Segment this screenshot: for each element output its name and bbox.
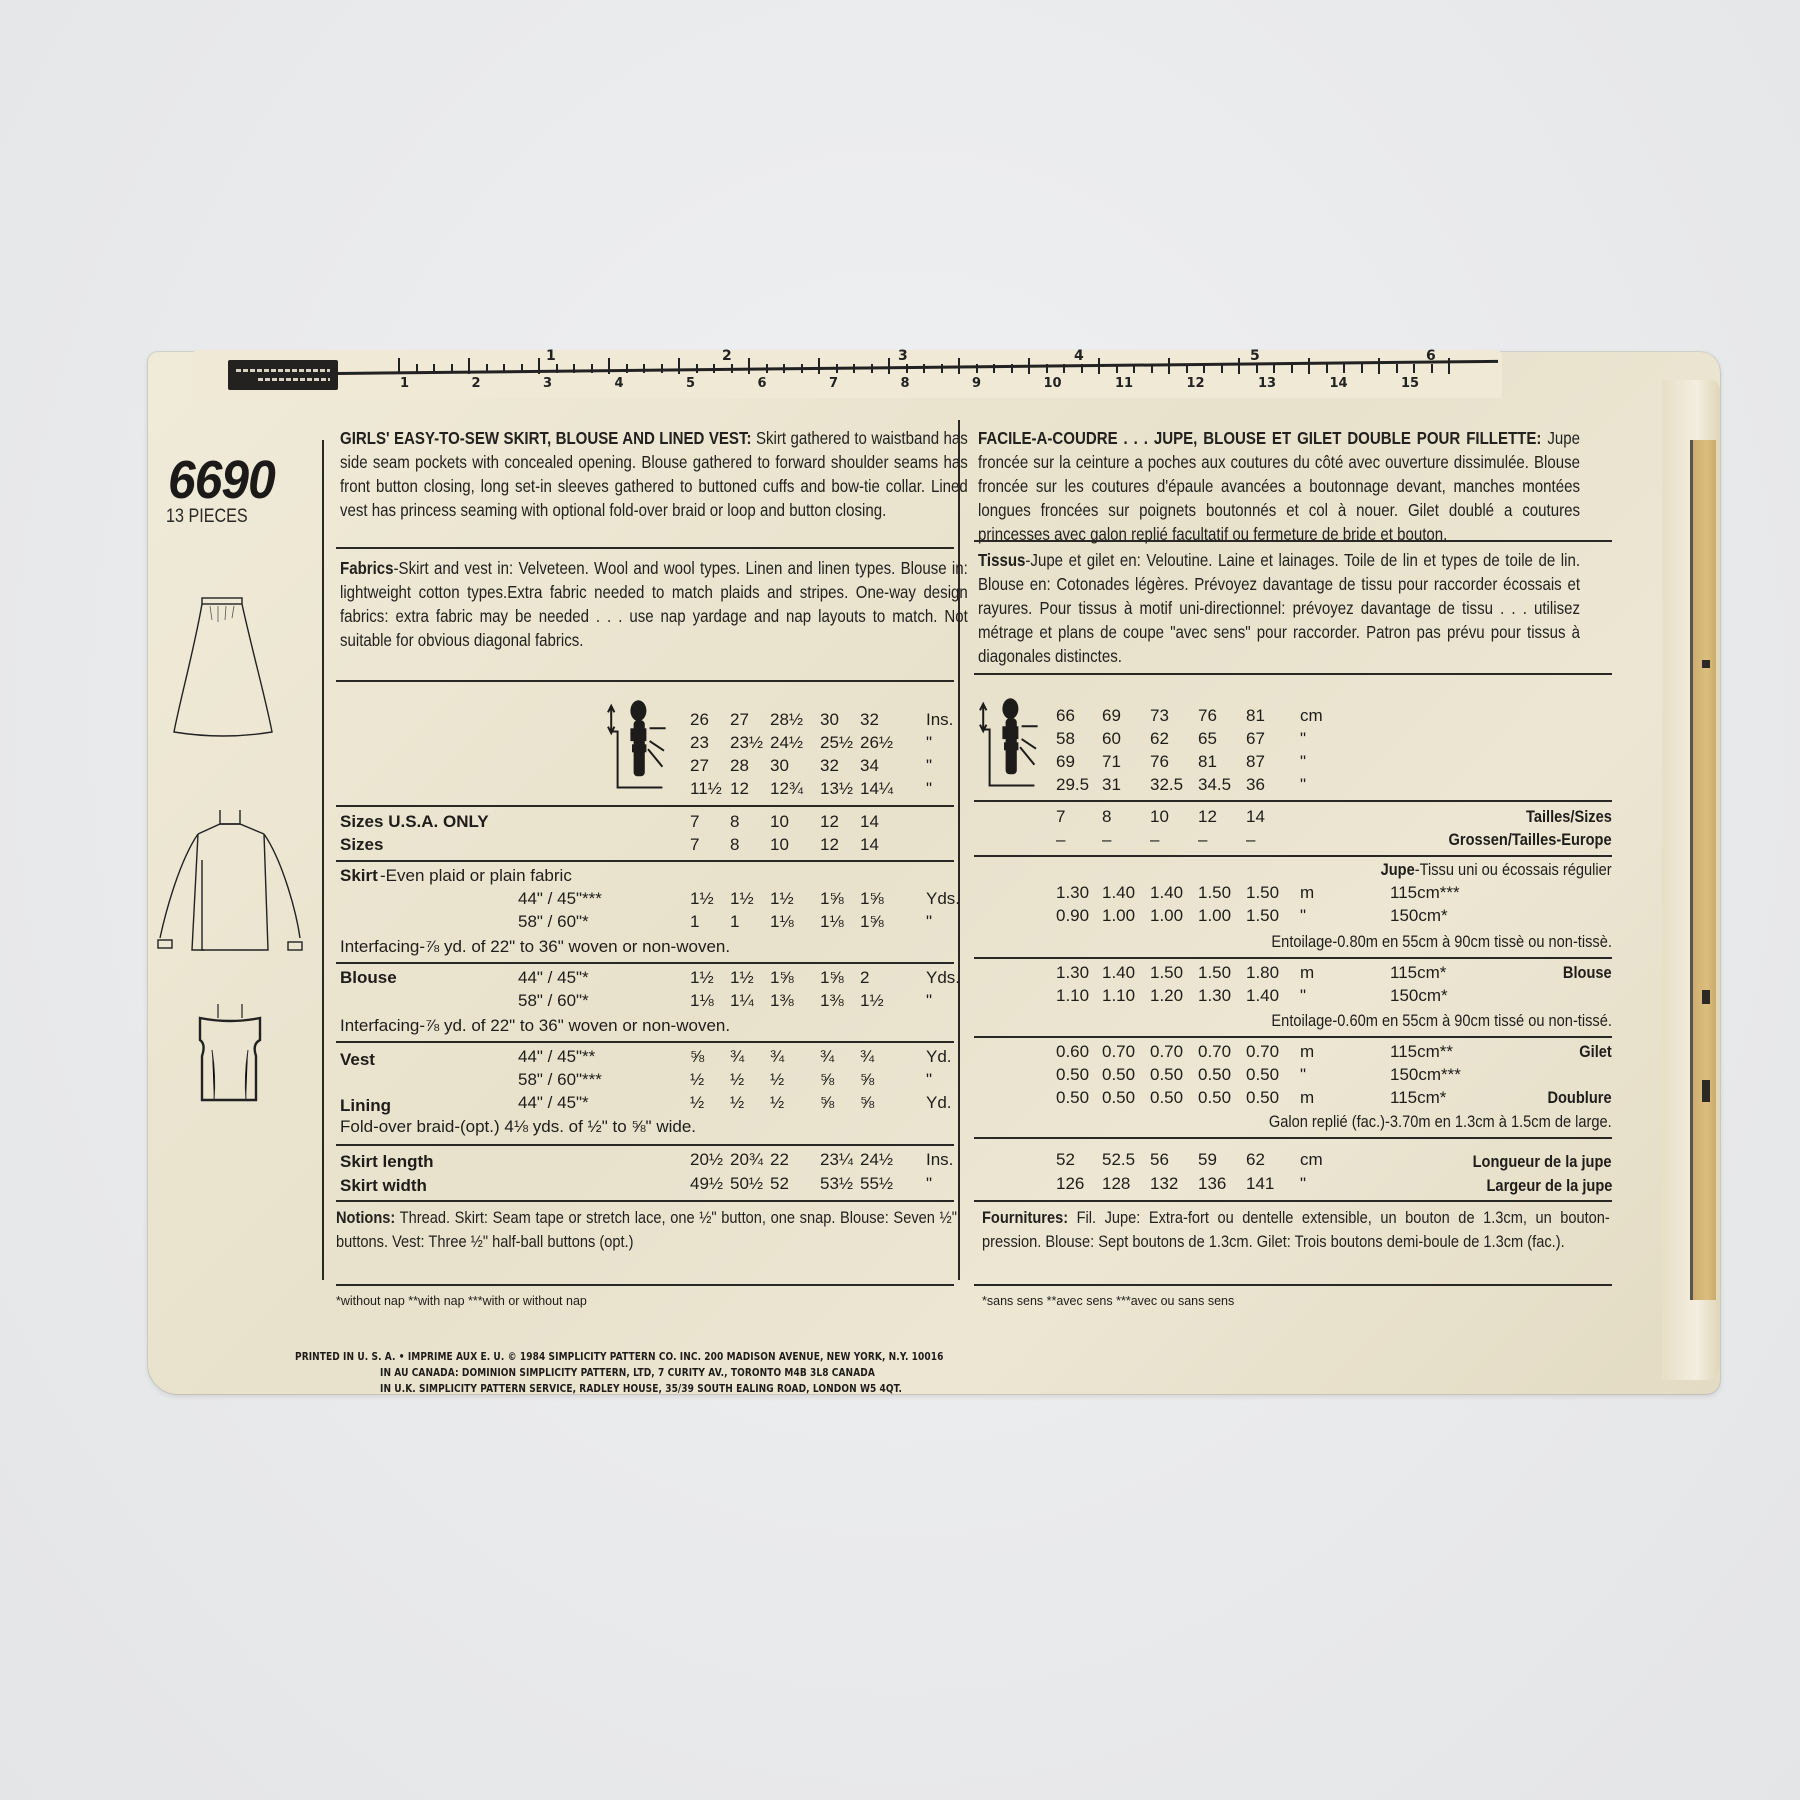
ruler-tick xyxy=(1378,358,1380,374)
ruler-tick xyxy=(1046,364,1048,373)
size-value: 1⅝ xyxy=(820,889,844,908)
fabric-width: 150cm* xyxy=(1390,906,1448,925)
ruler-tick xyxy=(1413,364,1415,373)
ruler-tick xyxy=(538,358,540,374)
longueur-label: Longueur de la jupe xyxy=(1473,1152,1612,1172)
ruler-tick xyxy=(748,358,750,374)
size-value: 12 xyxy=(1198,807,1217,826)
vest-label: Vest xyxy=(340,1050,375,1069)
size-value: 27 xyxy=(690,756,709,775)
unit-label: m xyxy=(1300,1088,1314,1107)
size-value: 2 xyxy=(860,968,869,987)
ruler-tick xyxy=(1256,364,1258,373)
ruler-cm-label: 12 xyxy=(1187,376,1205,391)
blouse-illustration-icon xyxy=(156,800,306,990)
vest-illustration-icon xyxy=(190,1000,270,1110)
size-value: 34 xyxy=(860,756,879,775)
divider xyxy=(336,1200,954,1202)
piece-count: 13 PIECES xyxy=(166,506,248,528)
size-value: 14 xyxy=(1246,807,1265,826)
size-value: ⅝ xyxy=(860,1070,874,1089)
size-value: 10 xyxy=(770,812,789,831)
unit-label: " xyxy=(1300,906,1306,925)
ruler-tick xyxy=(958,358,960,374)
french-description: FACILE-A-COUDRE . . . JUPE, BLOUSE ET GI… xyxy=(978,426,1678,546)
size-value: 49½ xyxy=(690,1174,723,1193)
size-value: 67 xyxy=(1246,729,1265,748)
left-column-rule xyxy=(322,440,324,1280)
ruler-tick xyxy=(608,358,610,374)
size-value: 132 xyxy=(1150,1174,1178,1193)
size-value: ½ xyxy=(770,1070,784,1089)
size-value: 0.70 xyxy=(1102,1042,1135,1061)
size-value: 59 xyxy=(1198,1150,1217,1169)
size-value: 26½ xyxy=(860,733,893,752)
size-value: 1.30 xyxy=(1198,986,1231,1005)
size-value: 1 xyxy=(690,912,699,931)
fabric-width: 150cm* xyxy=(1390,986,1448,1005)
unit-label: " xyxy=(926,756,932,775)
unit-label: " xyxy=(926,1174,932,1193)
size-value: 1⅛ xyxy=(690,991,714,1010)
ruler-tick xyxy=(923,364,925,373)
unit-label: m xyxy=(1300,883,1314,902)
size-value: 1.00 xyxy=(1102,906,1135,925)
size-value: 76 xyxy=(1150,752,1169,771)
ruler-tick xyxy=(678,358,680,374)
ruler-cm-label: 2 xyxy=(472,376,481,391)
size-value: 1.50 xyxy=(1246,883,1279,902)
unit-label: Yds. xyxy=(926,968,960,987)
ruler-tick xyxy=(626,364,628,373)
fabric-width: 115cm* xyxy=(1390,1088,1446,1107)
size-value: 0.50 xyxy=(1246,1065,1279,1084)
divider xyxy=(974,540,1612,542)
size-value: 1.50 xyxy=(1198,883,1231,902)
ruler-tick xyxy=(591,364,593,373)
size-value: 1.40 xyxy=(1150,883,1183,902)
size-value: 25½ xyxy=(820,733,853,752)
fabric-width: 44" / 45"* xyxy=(518,1093,589,1112)
divider xyxy=(974,1137,1612,1139)
unit-label: " xyxy=(926,733,932,752)
size-value: – xyxy=(1056,830,1065,849)
unit-label: Yd. xyxy=(926,1093,952,1112)
ruler-inch-label: 4 xyxy=(1074,348,1084,364)
jupe-heading: Jupe-Tissu uni ou écossais régulier xyxy=(1343,860,1612,880)
unit-label: " xyxy=(1300,752,1306,771)
ruler-cm-label: 9 xyxy=(972,376,981,391)
size-value: 69 xyxy=(1102,706,1121,725)
ruler-tick xyxy=(1273,364,1275,373)
footnote: *without nap **with nap ***with or witho… xyxy=(336,1294,587,1308)
size-value: 66 xyxy=(1056,706,1075,725)
size-value: ¾ xyxy=(770,1047,784,1066)
size-value: 69 xyxy=(1056,752,1075,771)
footnote: *sans sens **avec sens ***avec ou sans s… xyxy=(982,1294,1234,1308)
ruler-tick xyxy=(433,364,435,373)
size-value: 12 xyxy=(730,779,749,798)
size-value: 0.50 xyxy=(1150,1065,1183,1084)
size-value: 1.40 xyxy=(1246,986,1279,1005)
size-value: 1.50 xyxy=(1150,963,1183,982)
galon-note: Galon replié (fac.)-3.70m en 1.3cm à 1.5… xyxy=(1269,1112,1612,1132)
gilet-label: Gilet xyxy=(1579,1042,1612,1062)
skirt-interfacing: Interfacing-⅞ yd. of 22" to 36" woven or… xyxy=(340,937,730,956)
size-value: 1.20 xyxy=(1150,986,1183,1005)
divider xyxy=(336,860,954,862)
size-value: 1½ xyxy=(690,889,714,908)
fabric-width: 44" / 45"*** xyxy=(518,889,602,908)
size-value: 8 xyxy=(730,835,739,854)
body-measurement-figure-icon xyxy=(972,688,1052,803)
fabric-width: 44" / 45"* xyxy=(518,968,589,987)
measuring-ruler: 123456123456789101112131415 xyxy=(228,352,1498,392)
size-value: 1.40 xyxy=(1102,883,1135,902)
tape-strip xyxy=(1690,440,1716,1300)
ruler-tick xyxy=(1203,364,1205,373)
size-value: 7 xyxy=(690,812,699,831)
ruler-tick xyxy=(696,364,698,373)
ruler-tick xyxy=(661,364,663,373)
ruler-line xyxy=(338,360,1498,375)
size-value: 0.70 xyxy=(1246,1042,1279,1061)
size-value: 34.5 xyxy=(1198,775,1231,794)
divider xyxy=(974,673,1612,675)
size-value: 0.50 xyxy=(1198,1065,1231,1084)
size-value: 26 xyxy=(690,710,709,729)
size-value: 0.50 xyxy=(1056,1065,1089,1084)
ruler-tick xyxy=(1308,358,1310,374)
ruler-tick xyxy=(1396,364,1398,373)
unit-label: " xyxy=(1300,729,1306,748)
ruler-tick xyxy=(1168,358,1170,374)
tape-mark xyxy=(1702,1080,1710,1102)
size-value: 30 xyxy=(820,710,839,729)
blouse-label: Blouse xyxy=(1563,963,1612,983)
ruler-tick xyxy=(1028,358,1030,374)
blouse-label: Blouse xyxy=(340,968,397,987)
size-value: 136 xyxy=(1198,1174,1226,1193)
size-value: 1½ xyxy=(730,968,754,987)
fabric-width: 115cm** xyxy=(1390,1042,1453,1061)
size-value: 1½ xyxy=(730,889,754,908)
divider xyxy=(336,1144,954,1146)
size-value: – xyxy=(1198,830,1207,849)
size-value: ½ xyxy=(770,1093,784,1112)
divider xyxy=(336,680,954,682)
size-value: 12¾ xyxy=(770,779,803,798)
ruler-tick xyxy=(573,364,575,373)
size-value: 10 xyxy=(770,835,789,854)
size-value: 0.60 xyxy=(1056,1042,1089,1061)
unit-label: " xyxy=(926,912,932,931)
ruler-tick xyxy=(941,364,943,373)
body-measurement-figure-icon xyxy=(600,690,680,805)
size-value: 1.10 xyxy=(1056,986,1089,1005)
french-title: FACILE-A-COUDRE . . . JUPE, BLOUSE ET GI… xyxy=(978,428,1541,448)
size-value: 1½ xyxy=(690,968,714,987)
unit-label: " xyxy=(1300,775,1306,794)
size-value: ¾ xyxy=(730,1047,744,1066)
doublure-label: Doublure xyxy=(1548,1088,1612,1108)
ruler-tick xyxy=(398,358,400,374)
size-value: ⅝ xyxy=(690,1047,704,1066)
size-value: 12 xyxy=(820,812,839,831)
size-value: – xyxy=(1150,830,1159,849)
sizes-europe-label: Grossen/Tailles-Europe xyxy=(1449,830,1612,850)
size-value: 1.50 xyxy=(1198,963,1231,982)
fabric-width: 58" / 60"* xyxy=(518,912,589,931)
ruler-cm-label: 8 xyxy=(901,376,910,391)
size-value: 55½ xyxy=(860,1174,893,1193)
sizes-label: Tailles/Sizes xyxy=(1526,807,1612,827)
ruler-tick xyxy=(888,358,890,374)
tape-mark xyxy=(1702,990,1710,1004)
size-value: 73 xyxy=(1150,706,1169,725)
size-value: 62 xyxy=(1246,1150,1265,1169)
ruler-tick xyxy=(556,364,558,373)
fournitures: Fournitures: Fil. Jupe: Extra-fort ou de… xyxy=(982,1206,1712,1254)
size-value: ½ xyxy=(690,1070,704,1089)
size-value: 32 xyxy=(860,710,879,729)
ruler-tick xyxy=(1238,358,1240,374)
ruler-tick xyxy=(643,364,645,373)
size-value: 0.50 xyxy=(1102,1088,1135,1107)
size-value: 1⅛ xyxy=(820,912,844,931)
ruler-tick xyxy=(1448,358,1450,374)
divider xyxy=(336,1041,954,1043)
size-value: 23½ xyxy=(730,733,763,752)
divider xyxy=(336,547,954,549)
size-value: 20¾ xyxy=(730,1150,763,1169)
english-title: GIRLS' EASY-TO-SEW SKIRT, BLOUSE AND LIN… xyxy=(340,428,752,448)
ruler-tick xyxy=(766,364,768,373)
ruler-inch-label: 3 xyxy=(898,348,908,364)
ruler-tick xyxy=(818,358,820,374)
size-value: 32.5 xyxy=(1150,775,1183,794)
notions: Notions: Thread. Skirt: Seam tape or str… xyxy=(336,1206,1058,1254)
size-value: 58 xyxy=(1056,729,1075,748)
size-value: 53½ xyxy=(820,1174,853,1193)
size-value: ½ xyxy=(730,1093,744,1112)
unit-label: " xyxy=(1300,1065,1306,1084)
fabric-width: 115cm* xyxy=(1390,963,1446,982)
ruler-tick xyxy=(1361,364,1363,373)
ruler-cm-label: 6 xyxy=(758,376,767,391)
skirt-length-label: Skirt length xyxy=(340,1152,434,1171)
ruler-tick xyxy=(783,364,785,373)
size-value: 76 xyxy=(1198,706,1217,725)
size-value: 1⅛ xyxy=(770,912,794,931)
ruler-tick xyxy=(1081,364,1083,373)
ruler-cm-label: 7 xyxy=(829,376,838,391)
skirt-sub-label: -Even plaid or plain fabric xyxy=(380,866,572,885)
english-description: GIRLS' EASY-TO-SEW SKIRT, BLOUSE AND LIN… xyxy=(340,426,1070,522)
size-value: 52 xyxy=(770,1174,789,1193)
ruler-cm-label: 1 xyxy=(400,376,409,391)
ruler-tick xyxy=(871,364,873,373)
footer-line-2: IN AU CANADA: DOMINION SIMPLICITY PATTER… xyxy=(380,1366,875,1379)
ruler-tick xyxy=(713,364,715,373)
size-value: 14 xyxy=(860,835,879,854)
ruler-inch-label: 5 xyxy=(1250,348,1260,364)
size-value: 8 xyxy=(1102,807,1111,826)
ruler-inch-label: 1 xyxy=(546,348,556,364)
ruler-tick xyxy=(503,364,505,373)
size-value: 27 xyxy=(730,710,749,729)
tape-mark xyxy=(1702,660,1710,668)
size-value: 1½ xyxy=(770,889,794,908)
divider xyxy=(974,1200,1612,1202)
size-value: 1⅝ xyxy=(860,889,884,908)
ruler-tick xyxy=(731,364,733,373)
ruler-tick xyxy=(836,364,838,373)
size-value: 1 xyxy=(730,912,739,931)
size-value: 1.30 xyxy=(1056,883,1089,902)
ruler-tick xyxy=(853,364,855,373)
ruler-cm-label: 4 xyxy=(615,376,624,391)
size-value: 0.50 xyxy=(1150,1088,1183,1107)
unit-label: " xyxy=(926,779,932,798)
divider xyxy=(336,962,954,964)
size-value: 0.50 xyxy=(1246,1088,1279,1107)
unit-label: Ins. xyxy=(926,710,953,729)
ruler-tick xyxy=(468,358,470,374)
size-value: 1⅜ xyxy=(820,991,844,1010)
size-value: ¾ xyxy=(860,1047,874,1066)
size-value: 24½ xyxy=(770,733,803,752)
ruler-inch-label: 6 xyxy=(1426,348,1436,364)
size-value: 71 xyxy=(1102,752,1121,771)
size-value: 14¼ xyxy=(860,779,893,798)
largeur-label: Largeur de la jupe xyxy=(1486,1176,1612,1196)
size-value: ⅝ xyxy=(820,1093,834,1112)
center-column-rule xyxy=(958,420,960,1280)
size-value: 1¼ xyxy=(730,991,754,1010)
ruler-tick xyxy=(1291,364,1293,373)
divider xyxy=(974,957,1612,959)
skirt-illustration-icon xyxy=(168,590,278,760)
ruler-tick xyxy=(521,364,523,373)
size-value: 1.30 xyxy=(1056,963,1089,982)
size-value: 1⅝ xyxy=(860,912,884,931)
ruler-cm-label: 14 xyxy=(1330,376,1348,391)
size-value: 50½ xyxy=(730,1174,763,1193)
braid-note: Fold-over braid-(opt.) 4⅛ yds. of ½" to … xyxy=(340,1117,696,1136)
unit-label: cm xyxy=(1300,1150,1323,1169)
size-value: 20½ xyxy=(690,1150,723,1169)
ruler-tick xyxy=(993,364,995,373)
size-value: ¾ xyxy=(820,1047,834,1066)
size-value: ½ xyxy=(730,1070,744,1089)
unit-label: Ins. xyxy=(926,1150,953,1169)
skirt-width-label: Skirt width xyxy=(340,1176,427,1195)
size-value: 65 xyxy=(1198,729,1217,748)
ruler-cm-label: 13 xyxy=(1258,376,1276,391)
size-value: 32 xyxy=(820,756,839,775)
ruler-cm-label: 11 xyxy=(1115,376,1133,391)
size-value: 12 xyxy=(820,835,839,854)
ruler-tick xyxy=(1431,364,1433,373)
size-value: 29.5 xyxy=(1056,775,1089,794)
size-value: 0.50 xyxy=(1198,1088,1231,1107)
size-value: 1⅜ xyxy=(770,991,794,1010)
unit-label: Yds. xyxy=(926,889,960,908)
size-value: 7 xyxy=(690,835,699,854)
ruler-tick xyxy=(1326,364,1328,373)
ruler-label-badge xyxy=(228,360,338,390)
ruler-cm-label: 3 xyxy=(543,376,552,391)
size-value: 11½ xyxy=(690,779,722,798)
ruler-tick xyxy=(976,364,978,373)
size-value: 60 xyxy=(1102,729,1121,748)
ruler-tick xyxy=(1343,364,1345,373)
size-value: 126 xyxy=(1056,1174,1084,1193)
divider xyxy=(974,1284,1612,1286)
divider xyxy=(974,1036,1612,1038)
size-value: 30 xyxy=(770,756,789,775)
fabric-width: 58" / 60"*** xyxy=(518,1070,602,1089)
size-value: 1.80 xyxy=(1246,963,1279,982)
footer-line-3: IN U.K. SIMPLICITY PATTERN SERVICE, RADL… xyxy=(380,1382,902,1395)
ruler-tick xyxy=(1116,364,1118,373)
size-value: 0.70 xyxy=(1150,1042,1183,1061)
size-value: 81 xyxy=(1246,706,1265,725)
size-value: 1⅝ xyxy=(820,968,844,987)
size-value: ½ xyxy=(690,1093,704,1112)
size-value: 14 xyxy=(860,812,879,831)
size-value: 1.10 xyxy=(1102,986,1135,1005)
size-value: 0.70 xyxy=(1198,1042,1231,1061)
ruler-tick xyxy=(1011,364,1013,373)
fabric-width: 58" / 60"* xyxy=(518,991,589,1010)
lining-label: Lining xyxy=(340,1096,391,1115)
size-value: 13½ xyxy=(820,779,853,798)
unit-label: m xyxy=(1300,963,1314,982)
size-value: 24½ xyxy=(860,1150,893,1169)
size-value: 31 xyxy=(1102,775,1121,794)
unit-label: cm xyxy=(1300,706,1323,725)
size-value: 87 xyxy=(1246,752,1265,771)
ruler-tick xyxy=(1221,364,1223,373)
size-value: 52 xyxy=(1056,1150,1075,1169)
size-value: 8 xyxy=(730,812,739,831)
pattern-number: 6690 xyxy=(168,449,275,511)
fabric-width: 44" / 45"** xyxy=(518,1047,595,1066)
size-value: 7 xyxy=(1056,807,1065,826)
ruler-tick xyxy=(416,364,418,373)
ruler-cm-label: 15 xyxy=(1401,376,1419,391)
skirt-label: Skirt xyxy=(340,866,378,885)
ruler-cm-label: 5 xyxy=(686,376,695,391)
ruler-tick xyxy=(451,364,453,373)
ruler-tick xyxy=(1063,364,1065,373)
sizes-usa-label: Sizes U.S.A. ONLY xyxy=(340,812,489,831)
size-value: 28½ xyxy=(770,710,803,729)
size-value: 22 xyxy=(770,1150,789,1169)
size-value: 1.00 xyxy=(1150,906,1183,925)
fabric-width: 115cm*** xyxy=(1390,883,1460,902)
size-value: 56 xyxy=(1150,1150,1169,1169)
divider xyxy=(336,1284,954,1286)
blouse-entoilage: Entoilage-0.60m en 55cm à 90cm tissé ou … xyxy=(1271,1011,1612,1031)
ruler-tick xyxy=(1186,364,1188,373)
size-value: – xyxy=(1102,830,1111,849)
ruler-tick xyxy=(1133,364,1135,373)
ruler-tick xyxy=(906,364,908,373)
ruler-cm-label: 10 xyxy=(1044,376,1062,391)
